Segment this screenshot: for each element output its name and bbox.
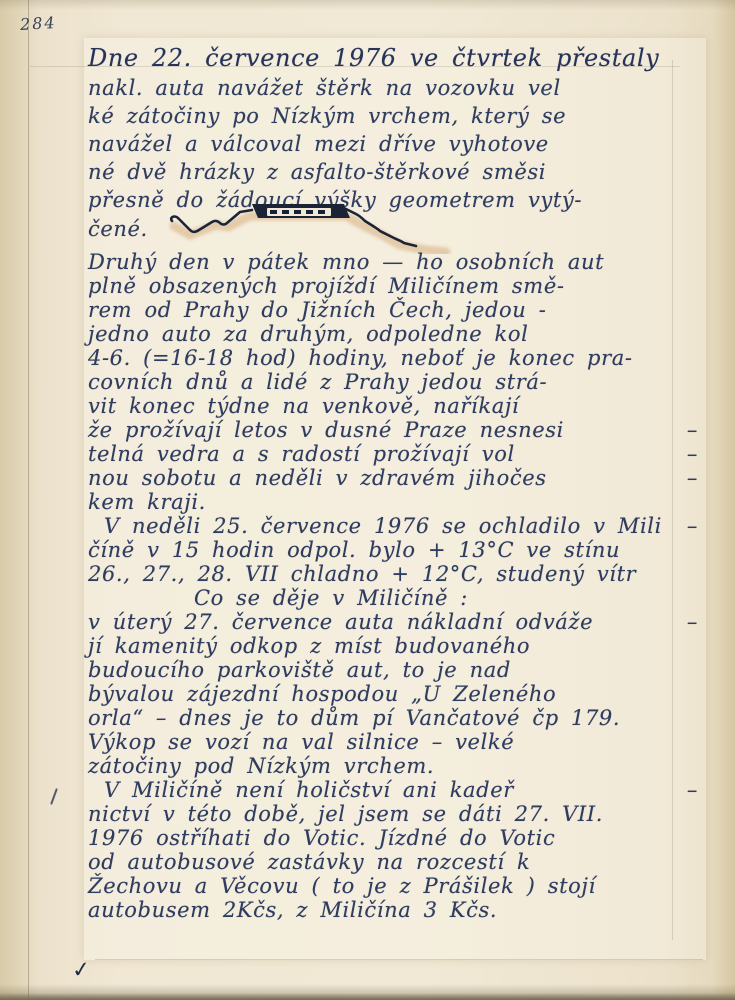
- stray-pen-mark: [50, 788, 58, 805]
- manuscript-line: V neděli 25. července 1976 se ochladilo …: [88, 514, 700, 538]
- manuscript-line: v úterý 27. července auta nákladní odváž…: [88, 610, 700, 634]
- manuscript-line: navážel a válcoval mezi dříve vyhotove: [88, 130, 700, 158]
- manuscript-line: plně obsazených projíždí Miličínem smě-: [88, 274, 700, 298]
- manuscript-line: číně v 15 hodin odpol. bylo + 13°C ve st…: [88, 538, 700, 562]
- hill-road-sketch: [168, 200, 460, 254]
- manuscript-line: V Miličíně není holičství ani kadeř–: [88, 778, 700, 802]
- manuscript-line: Dne 22. července 1976 ve čtvrtek přestal…: [88, 42, 700, 74]
- manuscript-line: jí kamenitý odkop z míst budovaného: [88, 634, 700, 658]
- manuscript-line: nakl. auta navážet štěrk na vozovku vel: [88, 74, 700, 102]
- manuscript-line: budoucího parkoviště aut, to je nad: [88, 658, 700, 682]
- manuscript-line: Žechovu a Věcovu ( to je z Prášilek ) st…: [88, 874, 700, 898]
- manuscript-line: 4-6. (=16-18 hod) hodiny, neboť je konec…: [88, 346, 700, 370]
- manuscript-line: bývalou zájezdní hospodou „U Zeleného: [88, 682, 700, 706]
- margin-dash: –: [687, 778, 698, 802]
- manuscript-line: Druhý den v pátek mno — ho osobních aut: [88, 250, 700, 274]
- margin-dash: –: [687, 442, 698, 466]
- manuscript-line: jedno auto za druhým, odpoledne kol: [88, 322, 700, 346]
- manuscript-line: kem kraji.: [88, 490, 700, 514]
- margin-dash: –: [687, 418, 698, 442]
- manuscript-line: orla“ – dnes je to dům pí Vančatové čp 1…: [88, 706, 700, 730]
- manuscript-line: Výkop se vozí na val silnice – velké: [88, 730, 700, 754]
- manuscript-line: že prožívají letos v dusné Praze nesnesi…: [88, 418, 700, 442]
- sheet-seam-bottom: [95, 959, 703, 960]
- manuscript-line: ké zátočiny po Nízkým vrchem, který se: [88, 102, 700, 130]
- page-crease: [28, 0, 29, 1000]
- margin-dash: –: [687, 514, 698, 538]
- manuscript-line: čené.: [88, 217, 148, 241]
- manuscript-line: autobusem 2Kčs, z Miličína 3 Kčs.: [88, 898, 700, 922]
- manuscript-line: zátočiny pod Nízkým vrchem.: [88, 754, 700, 778]
- manuscript-line: 1976 ostříhati do Votic. Jízdné do Votic: [88, 826, 700, 850]
- manuscript-line: vit konec týdne na venkově, naříkají: [88, 394, 700, 418]
- margin-dash: –: [687, 466, 698, 490]
- manuscript-text: Dne 22. července 1976 ve čtvrtek přestal…: [88, 42, 700, 922]
- manuscript-line: covních dnů a lidé z Prahy jedou strá-: [88, 370, 700, 394]
- page-number: 284: [20, 13, 57, 34]
- manuscript-line: nou sobotu a neděli v zdravém jihočes–: [88, 466, 700, 490]
- check-mark: ✓: [71, 957, 92, 984]
- manuscript-line: 26., 27., 28. VII chladno + 12°C, studen…: [88, 562, 700, 586]
- manuscript-line-with-sketch: čené.: [88, 214, 700, 250]
- manuscript-line: telná vedra a s radostí prožívají vol–: [88, 442, 700, 466]
- manuscript-line: od autobusové zastávky na rozcestí k: [88, 850, 700, 874]
- scan-edge-shadow: [0, 993, 735, 1000]
- margin-dash: –: [687, 610, 698, 634]
- manuscript-line: nictví v této době, jel jsem se dáti 27.…: [88, 802, 700, 826]
- manuscript-line: rem od Prahy do Jižních Čech, jedou -: [88, 298, 700, 322]
- manuscript-line-heading: Co se děje v Miličíně :: [88, 586, 700, 610]
- manuscript-line: né dvě hrázky z asfalto-štěrkové směsi: [88, 158, 700, 186]
